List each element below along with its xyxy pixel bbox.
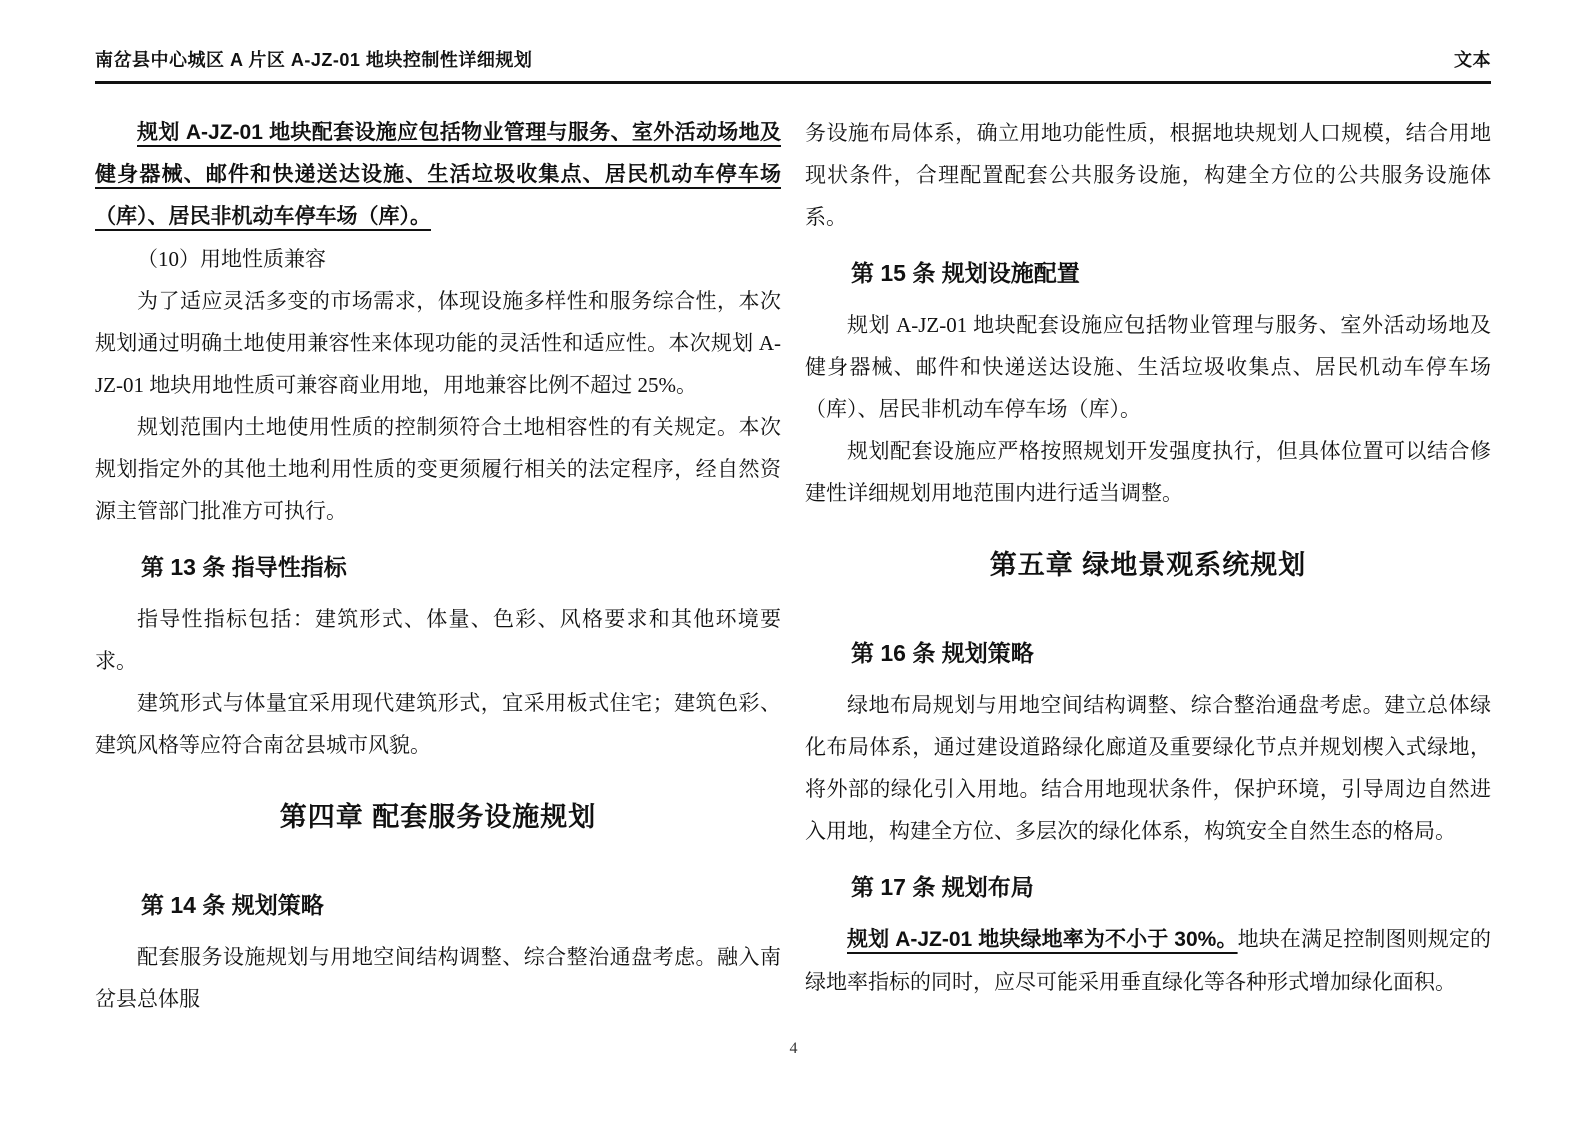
- page-footer: 4: [0, 1040, 1587, 1058]
- header-document-title: 南岔县中心城区 A 片区 A-JZ-01 地块控制性详细规划: [95, 46, 532, 72]
- article-13-paragraph-1: 指导性指标包括：建筑形式、体量、色彩、风格要求和其他环境要求。: [95, 598, 781, 682]
- page-header: 南岔县中心城区 A 片区 A-JZ-01 地块控制性详细规划 文本: [95, 46, 1491, 84]
- compatibility-paragraph-1: 为了适应灵活多变的市场需求，体现设施多样性和服务综合性，本次规划通过明确土地使用…: [95, 280, 781, 406]
- article-14-heading: 第 14 条 规划策略: [95, 884, 781, 926]
- article-17-lead-underlined: 规划 A-JZ-01 地块绿地率为不小于 30%。: [847, 928, 1238, 951]
- article-15-heading: 第 15 条 规划设施配置: [805, 252, 1491, 294]
- page-number: 4: [790, 1040, 798, 1057]
- left-column: 规划 A-JZ-01 地块配套设施应包括物业管理与服务、室外活动场地及健身器械、…: [95, 112, 781, 1020]
- header-doc-type-label: 文本: [1454, 46, 1491, 72]
- chapter-4-heading: 第四章 配套服务设施规划: [95, 796, 781, 838]
- article-13-heading: 第 13 条 指导性指标: [95, 546, 781, 588]
- article-13-paragraph-2: 建筑形式与体量宜采用现代建筑形式，宜采用板式住宅；建筑色彩、建筑风格等应符合南岔…: [95, 682, 781, 766]
- article-14-paragraph: 配套服务设施规划与用地空间结构调整、综合整治通盘考虑。融入南岔县总体服: [95, 936, 781, 1020]
- chapter-5-heading: 第五章 绿地景观系统规划: [805, 544, 1491, 586]
- article-16-paragraph: 绿地布局规划与用地空间结构调整、综合整治通盘考虑。建立总体绿化布局体系，通过建设…: [805, 684, 1491, 852]
- article-16-heading: 第 16 条 规划策略: [805, 632, 1491, 674]
- continuation-paragraph: 务设施布局体系，确立用地功能性质，根据地块规划人口规模，结合用地现状条件，合理配…: [805, 112, 1491, 238]
- document-page: 南岔县中心城区 A 片区 A-JZ-01 地块控制性详细规划 文本 规划 A-J…: [0, 0, 1587, 1122]
- article-17-paragraph: 规划 A-JZ-01 地块绿地率为不小于 30%。地块在满足控制图则规定的绿地率…: [805, 918, 1491, 1003]
- right-column: 务设施布局体系，确立用地功能性质，根据地块规划人口规模，结合用地现状条件，合理配…: [805, 112, 1491, 1020]
- article-17-heading: 第 17 条 规划布局: [805, 866, 1491, 908]
- compatibility-paragraph-2: 规划范围内土地使用性质的控制须符合土地相容性的有关规定。本次规划指定外的其他土地…: [95, 406, 781, 532]
- article-15-paragraph-1: 规划 A-JZ-01 地块配套设施应包括物业管理与服务、室外活动场地及健身器械、…: [805, 304, 1491, 430]
- item-10-heading: （10）用地性质兼容: [95, 238, 781, 280]
- lead-underlined-paragraph: 规划 A-JZ-01 地块配套设施应包括物业管理与服务、室外活动场地及健身器械、…: [95, 112, 781, 238]
- article-15-paragraph-2: 规划配套设施应严格按照规划开发强度执行，但具体位置可以结合修建性详细规划用地范围…: [805, 430, 1491, 514]
- document-body: 规划 A-JZ-01 地块配套设施应包括物业管理与服务、室外活动场地及健身器械、…: [95, 112, 1491, 1020]
